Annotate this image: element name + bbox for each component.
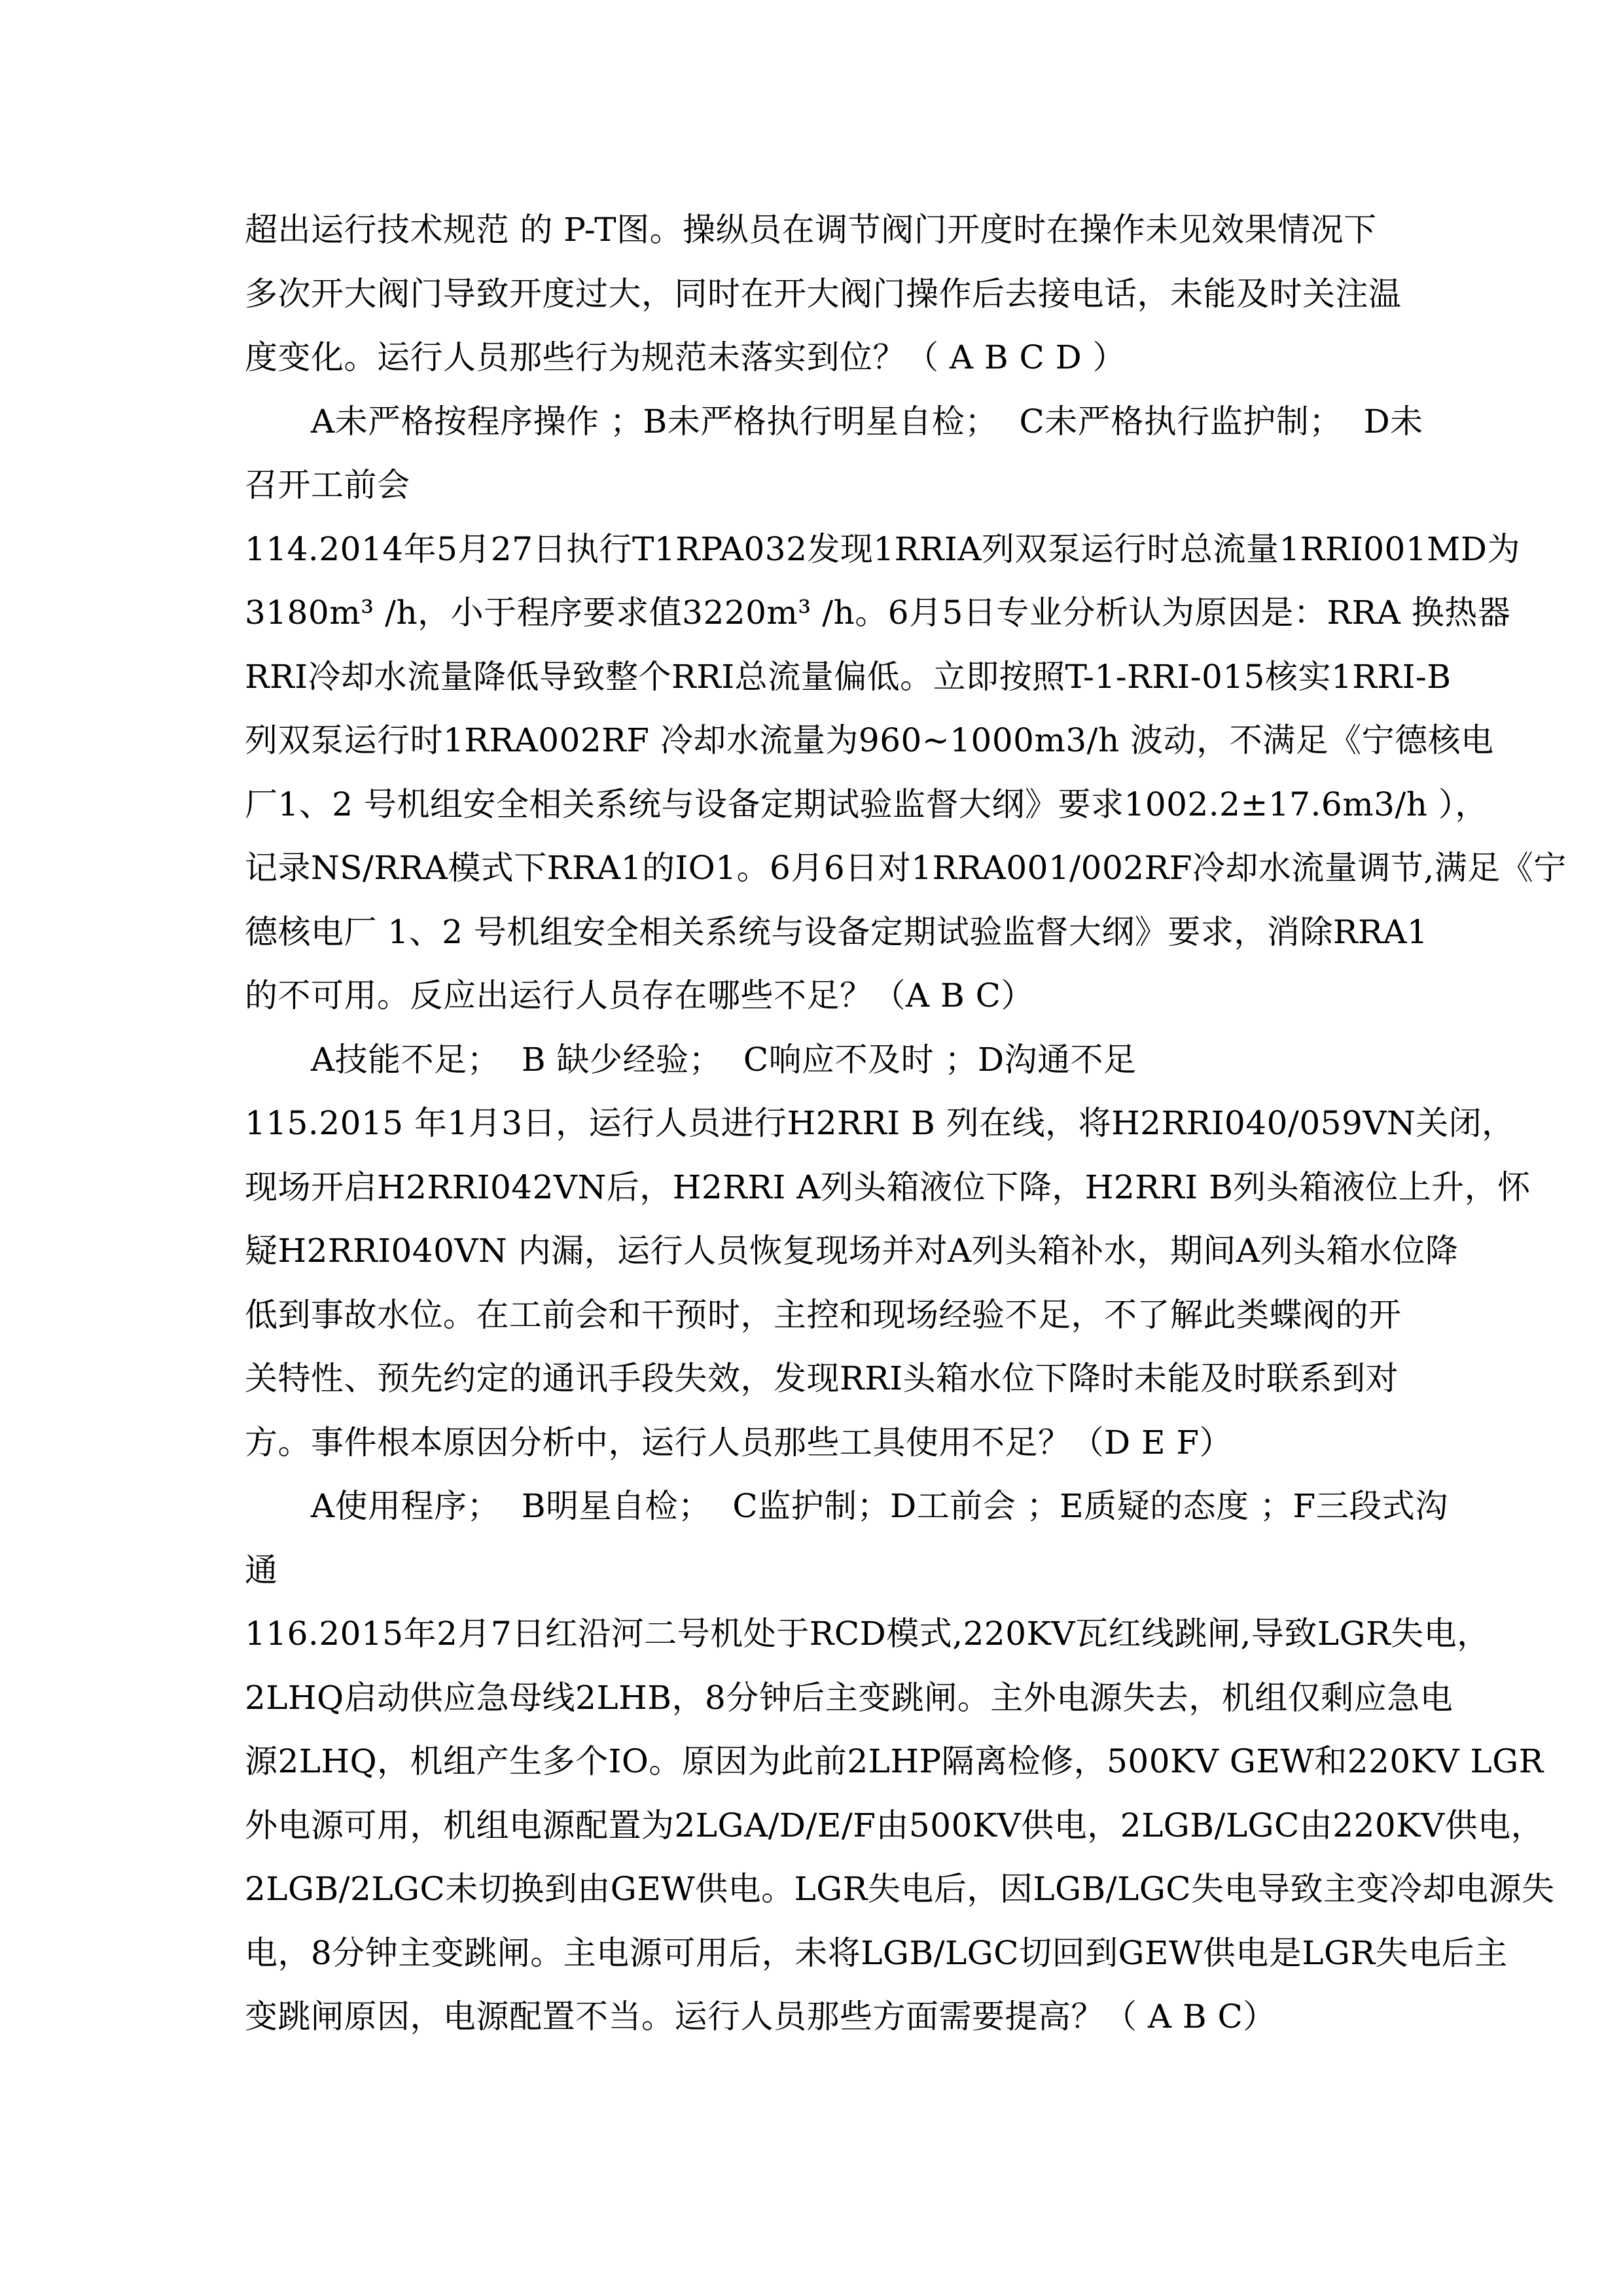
text-line: A使用程序； B明星自检； C监护制；D工前会 ；E质疑的态度 ；F三段式沟 [245,1475,1416,1539]
text-line: 115.2015 年1月3日，运行人员进行H2RRI B 列在线，将H2RRI0… [245,1092,1416,1156]
text-line: 记录NS/RRA模式下RRA1的IO1。6月6日对1RRA001/002RF冷却… [245,836,1416,901]
text-line: 超出运行技术规范 的 P-T图。操纵员在调节阀门开度时在操作未见效果情况下 [245,198,1416,262]
text-line: 多次开大阀门导致开度过大，同时在开大阀门操作后去接电话，未能及时关注温 [245,262,1416,327]
text-line: 列双泵运行时1RRA002RF 冷却水流量为960~1000m3/h 波动，不满… [245,709,1416,773]
text-line: 厂1、2 号机组安全相关系统与设备定期试验监督大纲》要求1002.2±17.6m… [245,773,1416,837]
text-line: 2LGB/2LGC未切换到由GEW供电。LGR失电后，因LGB/LGC失电导致主… [245,1857,1416,1922]
text-line: 方。事件根本原因分析中，运行人员那些工具使用不足？（D E F） [245,1411,1416,1475]
text-line: 外电源可用，机组电源配置为2LGA/D/E/F由500KV供电，2LGB/LGC… [245,1794,1416,1858]
text-line: 电，8分钟主变跳闸。主电源可用后，未将LGB/LGC切回到GEW供电是LGR失电… [245,1922,1416,1986]
text-line: 疑H2RRI040VN 内漏，运行人员恢复现场并对A列头箱补水，期间A列头箱水位… [245,1219,1416,1283]
document-page: 超出运行技术规范 的 P-T图。操纵员在调节阀门开度时在操作未见效果情况下 多次… [0,0,1623,2296]
text-line: 低到事故水位。在工前会和干预时，主控和现场经验不足，不了解此类蝶阀的开 [245,1283,1416,1348]
text-line: 通 [245,1539,1416,1603]
text-line: 2LHQ启动供应急母线2LHB，8分钟后主变跳闸。主外电源失去，机组仅剩应急电 [245,1666,1416,1731]
text-line: 现场开启H2RRI042VN后，H2RRI A列头箱液位下降，H2RRI B列头… [245,1156,1416,1220]
text-line: 德核电厂 1、2 号机组安全相关系统与设备定期试验监督大纲》要求，消除RRA1 [245,901,1416,965]
text-line: 的不可用。反应出运行人员存在哪些不足？（A B C） [245,964,1416,1028]
text-line: 源2LHQ，机组产生多个IO。原因为此前2LHP隔离检修，500KV GEW和2… [245,1730,1416,1794]
text-line: 116.2015年2月7日红沿河二号机处于RCD模式,220KV瓦红线跳闸,导致… [245,1602,1416,1666]
text-line: 114.2014年5月27日执行T1RPA032发现1RRIA列双泵运行时总流量… [245,518,1416,582]
text-line: A未严格按程序操作 ；B未严格执行明星自检； C未严格执行监护制； D未 [245,390,1416,454]
text-line: 度变化。运行人员那些行为规范未落实到位？（ A B C D ） [245,326,1416,390]
text-line: A技能不足； B 缺少经验； C响应不及时 ；D沟通不足 [245,1028,1416,1092]
text-line: 变跳闸原因，电源配置不当。运行人员那些方面需要提高？（ A B C） [245,1985,1416,2049]
text-line: 3180m³ /h，小于程序要求值3220m³ /h。6月5日专业分析认为原因是… [245,581,1416,645]
document-text-block: 超出运行技术规范 的 P-T图。操纵员在调节阀门开度时在操作未见效果情况下 多次… [245,198,1416,2049]
text-line: RRI冷却水流量降低导致整个RRI总流量偏低。立即按照T-1-RRI-015核实… [245,645,1416,709]
text-line: 关特性、预先约定的通讯手段失效，发现RRI头箱水位下降时未能及时联系到对 [245,1347,1416,1411]
text-line: 召开工前会 [245,454,1416,518]
